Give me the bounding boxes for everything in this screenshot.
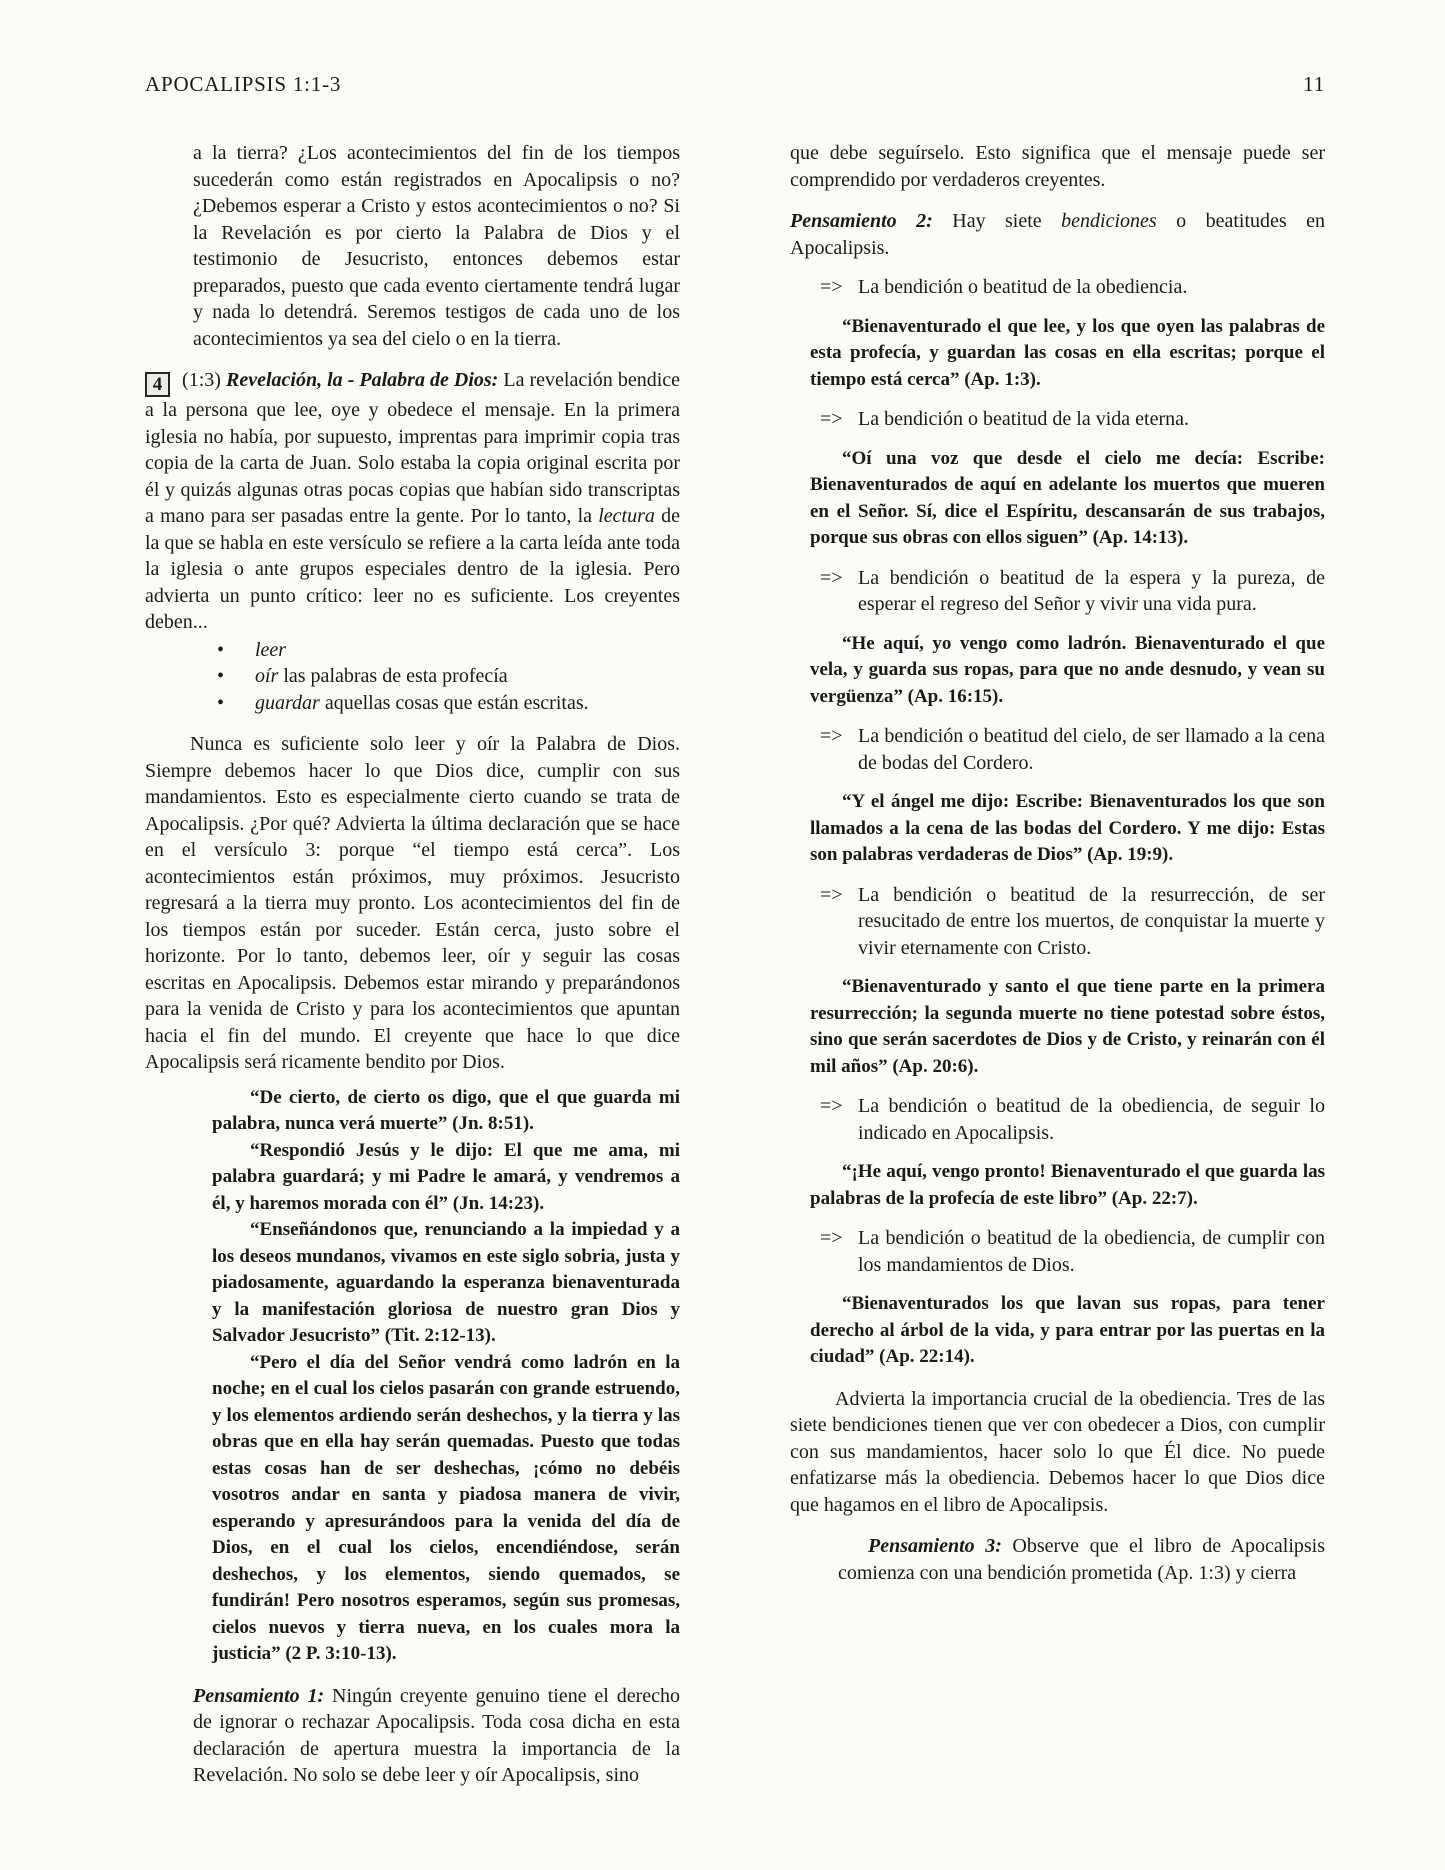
blessing-item: =>La bendición o beatitud de la espera y…	[790, 565, 1325, 618]
scripture-quote: “Pero el día del Señor vendrá como ladró…	[212, 1350, 680, 1668]
scripture-quote: “Enseñándonos que, renunciando a la impi…	[212, 1217, 680, 1350]
two-column-layout: a la tierra? ¿Los acontecimientos del fi…	[145, 140, 1325, 1789]
arrow-icon: =>	[820, 1225, 858, 1252]
bullet-keyword: leer	[255, 639, 286, 661]
thought-label: Pensamiento 2:	[790, 210, 933, 232]
scripture-quote: “Respondió Jesús y le dijo: El que me am…	[212, 1138, 680, 1218]
point-heading: Revelación, la - Palabra de Dios:	[226, 369, 498, 391]
blessing-label: La bendición o beatitud de la obediencia…	[858, 1095, 1325, 1144]
verse-reference: (1:3)	[182, 369, 221, 391]
scripture-quote: “Y el ángel me dijo: Escribe: Bienaventu…	[810, 789, 1325, 869]
thought-text: Hay siete	[952, 210, 1041, 232]
scripture-quote: “He aquí, yo vengo como ladrón. Bienaven…	[810, 631, 1325, 711]
arrow-icon: =>	[820, 565, 858, 592]
scripture-quote: “Bienaventurado y santo el que tiene par…	[810, 974, 1325, 1080]
running-header-title: APOCALIPSIS 1:1-3	[145, 72, 341, 97]
thought-2-paragraph: Pensamiento 2: Hay siete bendiciones o b…	[790, 208, 1325, 261]
scripture-quote: “De cierto, de cierto os digo, que el qu…	[212, 1085, 680, 1138]
bullet-keyword: oír	[255, 665, 278, 687]
bullet-icon: •	[217, 637, 255, 664]
emphasized-word: lectura	[598, 505, 655, 527]
left-column: a la tierra? ¿Los acontecimientos del fi…	[145, 140, 680, 1789]
blessing-item: =>La bendición o beatitud de la obedienc…	[790, 1093, 1325, 1146]
bullet-list: •leer •oír las palabras de esta profecía…	[145, 637, 680, 717]
blessing-item: =>La bendición o beatitud de la resurrec…	[790, 882, 1325, 962]
scripture-quote: “Oí una voz que desde el cielo me decía:…	[810, 446, 1325, 552]
thought-3-paragraph: Pensamiento 3: Observe que el libro de A…	[838, 1533, 1325, 1586]
bullet-text: aquellas cosas que están escritas.	[325, 692, 589, 714]
blessing-label: La bendición o beatitud de la vida etern…	[858, 408, 1189, 430]
blessing-item: =>La bendición o beatitud de la vida ete…	[790, 406, 1325, 433]
scripture-quote: “Bienaventurados los que lavan sus ropas…	[810, 1291, 1325, 1371]
continuation-paragraph: a la tierra? ¿Los acontecimientos del fi…	[193, 140, 680, 352]
scripture-quote: “Bienaventurado el que lee, y los que oy…	[810, 314, 1325, 394]
arrow-icon: =>	[820, 882, 858, 909]
arrow-icon: =>	[820, 1093, 858, 1120]
arrow-icon: =>	[820, 406, 858, 433]
bullet-item: •leer	[217, 637, 680, 664]
blessing-label: La bendición o beatitud del cielo, de se…	[858, 725, 1325, 774]
bullet-item: •guardar aquellas cosas que están escrit…	[217, 690, 680, 717]
thought-label: Pensamiento 3:	[868, 1535, 1002, 1557]
body-paragraph: Nunca es suficiente solo leer y oír la P…	[145, 731, 680, 1076]
bullet-item: •oír las palabras de esta profecía	[217, 663, 680, 690]
thought-1-paragraph: Pensamiento 1: Ningún creyente genuino t…	[193, 1683, 680, 1789]
book-page: APOCALIPSIS 1:1-3 11 a la tierra? ¿Los a…	[0, 0, 1445, 1870]
point-4-paragraph: 4 (1:3) Revelación, la - Palabra de Dios…	[145, 367, 680, 636]
right-column: que debe seguírselo. Esto significa que …	[790, 140, 1325, 1789]
blessing-item: =>La bendición o beatitud de la obedienc…	[790, 274, 1325, 301]
blessing-item: =>La bendición o beatitud de la obedienc…	[790, 1225, 1325, 1278]
scripture-quote-block: “De cierto, de cierto os digo, que el qu…	[145, 1085, 680, 1668]
page-number: 11	[1303, 72, 1325, 97]
blessing-label: La bendición o beatitud de la espera y l…	[858, 567, 1325, 616]
thought-label: Pensamiento 1:	[193, 1685, 324, 1707]
bullet-text: las palabras de esta profecía	[283, 665, 507, 687]
arrow-icon: =>	[820, 274, 858, 301]
continuation-paragraph: que debe seguírselo. Esto significa que …	[790, 140, 1325, 193]
bullet-icon: •	[217, 690, 255, 717]
blessing-label: La bendición o beatitud de la resurrecci…	[858, 884, 1325, 959]
point-number-badge: 4	[145, 372, 170, 397]
body-paragraph: Advierta la importancia crucial de la ob…	[790, 1386, 1325, 1519]
page-header: APOCALIPSIS 1:1-3 11	[145, 72, 1325, 97]
bullet-icon: •	[217, 663, 255, 690]
blessing-label: La bendición o beatitud de la obediencia…	[858, 276, 1187, 298]
blessing-item: =>La bendición o beatitud del cielo, de …	[790, 723, 1325, 776]
bullet-keyword: guardar	[255, 692, 320, 714]
blessing-label: La bendición o beatitud de la obediencia…	[858, 1227, 1325, 1276]
arrow-icon: =>	[820, 723, 858, 750]
point-body: La revelación bendice a la persona que l…	[145, 369, 680, 527]
scripture-quote: “¡He aquí, vengo pronto! Bienaventurado …	[810, 1159, 1325, 1212]
emphasized-word: bendiciones	[1061, 210, 1157, 232]
